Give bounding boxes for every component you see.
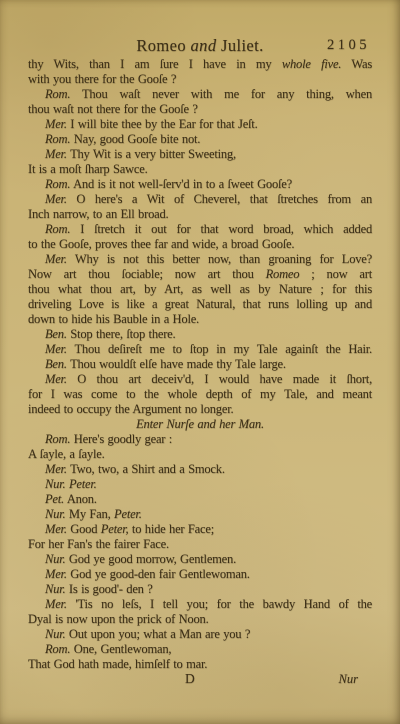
scanned-book-page: Romeo and Juliet. 2105 thy Wits, than I … (0, 0, 400, 724)
text-line: Mer. O here's a Wit of Cheverel, that ſt… (28, 192, 372, 207)
text-run: O thou art deceiv'd, I would have made i… (67, 372, 372, 386)
text-run: thou what thou art, by Art, as well as b… (28, 282, 372, 296)
text-line: Rom. And is it not well-ſerv'd in to a ſ… (28, 177, 372, 192)
text-line: Nur. Out upon you; what a Man are you ? (28, 627, 372, 642)
text-run: Thy Wit is a very bitter Sweeting, (67, 147, 236, 161)
stage-direction: Enter Nurſe and her Man. (28, 417, 372, 432)
text-line: Nur. My Fan, Peter. (28, 507, 372, 522)
italic-run: Peter. (114, 507, 142, 521)
text-line: indeed to occupy the Argument no longer. (28, 402, 372, 417)
text-run: For her Fan's the fairer Face. (28, 537, 169, 551)
text-line: Mer. Thy Wit is a very bitter Sweeting, (28, 147, 372, 162)
italic-run: Rom. (45, 87, 70, 101)
signature-mark: D (185, 671, 195, 687)
text-run: driveling Love is like a great Natural, … (28, 297, 372, 311)
text-run: Now art thou ſociable; now art thou (28, 267, 266, 281)
text-run: I will bite thee by the Ear for that Jeſ… (67, 117, 258, 131)
running-header: Romeo and Juliet. 2105 (28, 36, 372, 56)
italic-run: Mer. (45, 342, 67, 356)
italic-run: Mer. (45, 147, 67, 161)
text-run: A ſayle, a ſayle. (28, 447, 105, 461)
italic-run: Rom. (45, 432, 70, 446)
text-run: God ye good-den fair Gentlewoman. (67, 567, 250, 581)
text-line: Mer. 'Tis no leſs, I tell you; for the b… (28, 597, 372, 612)
italic-run: Rom. (45, 132, 70, 146)
text-run: Stop there, ſtop there. (67, 327, 176, 341)
italic-run: Nur. (45, 627, 65, 641)
text-line: down to hide his Bauble in a Hole. (28, 312, 372, 327)
italic-run: Ben. (45, 327, 67, 341)
text-line: Pet. Anon. (28, 492, 372, 507)
text-run: Here's goodly gear : (70, 432, 172, 446)
text-line: Mer. Two, two, a Shirt and a Smock. (28, 462, 372, 477)
text-run: 'Tis no leſs, I tell you; for the bawdy … (67, 597, 372, 611)
text-line: Mer. Thou deſireſt me to ſtop in my Tale… (28, 342, 372, 357)
italic-run: Peter. (69, 477, 97, 491)
italic-run: Enter Nurſe and her Man. (136, 417, 264, 431)
page-title: Romeo and Juliet. (28, 36, 372, 56)
text-run: Was (341, 57, 372, 71)
text-line: A ſayle, a ſayle. (28, 447, 372, 462)
italic-run: Ben. (45, 357, 67, 371)
text-run: Anon. (64, 492, 97, 506)
text-line: thou waſt not there for the Gooſe ? (28, 102, 372, 117)
text-run: Inch narrow, to an Ell broad. (28, 207, 168, 221)
text-line: driveling Love is like a great Natural, … (28, 297, 372, 312)
text-run: Two, two, a Shirt and a Smock. (67, 462, 225, 476)
italic-run: Rom. (45, 222, 70, 236)
text-run: down to hide his Bauble in a Hole. (28, 312, 199, 326)
text-run: Thou wouldſt elſe have made thy Tale lar… (67, 357, 286, 371)
text-run: God ye good morrow, Gentlemen. (65, 552, 236, 566)
italic-run: Mer. (45, 372, 67, 386)
text-line: to the Gooſe, proves thee far and wide, … (28, 237, 372, 252)
text-line: Nur. Is is good'- den ? (28, 582, 372, 597)
italic-run: Pet. (45, 492, 64, 506)
text-run: Out upon you; what a Man are you ? (65, 627, 250, 641)
italic-run: Mer. (45, 567, 67, 581)
page-number: 2105 (327, 37, 370, 54)
text-line: For her Fan's the fairer Face. (28, 537, 372, 552)
catchword: Nur (339, 672, 358, 687)
text-line: Ben. Stop there, ſtop there. (28, 327, 372, 342)
text-line: Mer. O thou art deceiv'd, I would have m… (28, 372, 372, 387)
italic-run: Nur. (45, 552, 65, 566)
text-run: And is it not well-ſerv'd in to a ſweet … (70, 177, 292, 191)
text-run: Romeo (136, 36, 190, 55)
text-line: That God hath made, himſelf to mar. (28, 657, 372, 672)
text-line: Dyal is now upon the prick of Noon. (28, 612, 372, 627)
text-line: Mer. I will bite thee by the Ear for tha… (28, 117, 372, 132)
text-line: It is a moſt ſharp Sawce. (28, 162, 372, 177)
text-run: Thou deſireſt me to ſtop in my Tale agai… (67, 342, 372, 356)
text-run: That God hath made, himſelf to mar. (28, 657, 207, 671)
text-line: thy Wits, than I am ſure I have in my wh… (28, 57, 372, 72)
text-line: Now art thou ſociable; now art thou Rome… (28, 267, 372, 282)
italic-run: Romeo (266, 267, 300, 281)
italic-run: Peter, (101, 522, 129, 536)
text-run: thy Wits, than I am ſure I have in my (28, 57, 282, 71)
text-line: Inch narrow, to an Ell broad. (28, 207, 372, 222)
italic-run: Rom. (45, 177, 70, 191)
page-footer: D Nur (28, 671, 372, 687)
text-line: for I was come to the whole depth of my … (28, 387, 372, 402)
text-line: Mer. God ye good-den fair Gentlewoman. (28, 567, 372, 582)
italic-run: and (191, 36, 217, 55)
italic-run: Rom. (45, 642, 70, 656)
text-line: with you there for the Gooſe ? (28, 72, 372, 87)
text-run: Why is not this better now, than groanin… (67, 252, 372, 266)
text-line: Rom. Here's goodly gear : (28, 432, 372, 447)
text-run: Dyal is now upon the prick of Noon. (28, 612, 209, 626)
italic-run: Mer. (45, 597, 67, 611)
text-block: thy Wits, than I am ſure I have in my wh… (28, 57, 372, 672)
italic-run: whole five. (282, 57, 341, 71)
text-run: indeed to occupy the Argument no longer. (28, 402, 233, 416)
text-line: Rom. One, Gentlewoman, (28, 642, 372, 657)
text-run: One, Gentlewoman, (70, 642, 171, 656)
text-line: Rom. I ſtretch it out for that word broa… (28, 222, 372, 237)
text-run: Is is good'- den ? (65, 582, 152, 596)
italic-run: Mer. (45, 252, 67, 266)
italic-run: Mer. (45, 192, 67, 206)
text-run: ; now art (299, 267, 372, 281)
text-line: Nur. God ye good morrow, Gentlemen. (28, 552, 372, 567)
text-run: Juliet. (216, 36, 263, 55)
text-run: Thou waſt never with me for any thing, w… (70, 87, 372, 101)
text-run: Nay, good Gooſe bite not. (70, 132, 200, 146)
text-run: It is a moſt ſharp Sawce. (28, 162, 148, 176)
text-line: Nur. Peter. (28, 477, 372, 492)
text-run: I ſtretch it out for that word broad, wh… (70, 222, 372, 236)
text-run: to hide her Face; (128, 522, 214, 536)
italic-run: Mer. (45, 117, 67, 131)
italic-run: Mer. (45, 462, 67, 476)
italic-run: Nur. (45, 582, 65, 596)
text-run: thou waſt not there for the Gooſe ? (28, 102, 198, 116)
text-line: Mer. Good Peter, to hide her Face; (28, 522, 372, 537)
italic-run: Mer. (45, 522, 67, 536)
text-run: My Fan, (65, 507, 114, 521)
text-line: Rom. Thou waſt never with me for any thi… (28, 87, 372, 102)
italic-run: Nur. (45, 477, 65, 491)
text-run: to the Gooſe, proves thee far and wide, … (28, 237, 294, 251)
text-line: Rom. Nay, good Gooſe bite not. (28, 132, 372, 147)
text-run: O here's a Wit of Cheverel, that ſtretch… (67, 192, 372, 206)
text-run: with you there for the Gooſe ? (28, 72, 176, 86)
italic-run: Nur. (45, 507, 65, 521)
text-run: Good (67, 522, 101, 536)
text-line: Ben. Thou wouldſt elſe have made thy Tal… (28, 357, 372, 372)
text-run: for I was come to the whole depth of my … (28, 387, 372, 401)
text-line: thou what thou art, by Art, as well as b… (28, 282, 372, 297)
text-line: Mer. Why is not this better now, than gr… (28, 252, 372, 267)
